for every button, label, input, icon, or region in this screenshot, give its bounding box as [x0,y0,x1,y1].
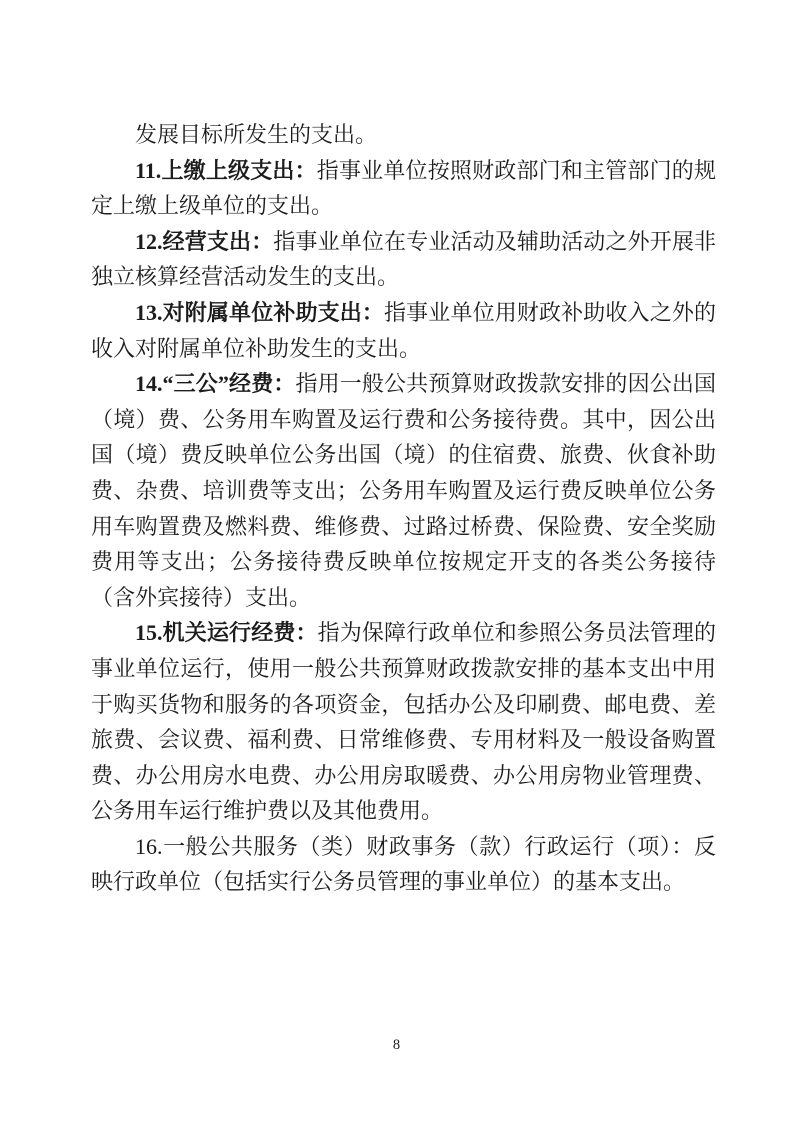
term-label: 14.“三公”经费： [135,371,295,396]
term-label: 15.机关运行经费： [135,620,318,645]
definition-item-13: 13.对附属单位补助支出：指事业单位用财政补助收入之外的收入对附属单位补助发生的… [91,295,716,366]
paragraph-continuation: 发展目标所发生的支出。 [91,117,716,153]
term-definition: 16.一般公共服务（类）财政事务（款）行政运行（项）：反映行政单位（包括实行公务… [91,834,716,895]
definition-item-14: 14.“三公”经费：指用一般公共预算财政拨款安排的因公出国（境）费、公务用车购置… [91,366,716,615]
term-definition: 指用一般公共预算财政拨款安排的因公出国（境）费、公务用车购置及运行费和公务接待费… [91,371,716,610]
definition-item-12: 12.经营支出：指事业单位在专业活动及辅助活动之外开展非独立核算经营活动发生的支… [91,224,716,295]
term-label: 13.对附属单位补助支出： [135,300,384,325]
page-number: 8 [0,1036,793,1054]
definition-item-16: 16.一般公共服务（类）财政事务（款）行政运行（项）：反映行政单位（包括实行公务… [91,829,716,900]
term-label: 12.经营支出： [135,229,273,254]
definition-item-15: 15.机关运行经费：指为保障行政单位和参照公务员法管理的事业单位运行，使用一般公… [91,615,716,829]
document-page: 发展目标所发生的支出。11.上缴上级支出：指事业单位按照财政部门和主管部门的规定… [0,0,793,1122]
definition-item-11: 11.上缴上级支出：指事业单位按照财政部门和主管部门的规定上缴上级单位的支出。 [91,153,716,224]
document-body: 发展目标所发生的支出。11.上缴上级支出：指事业单位按照财政部门和主管部门的规定… [91,117,716,900]
term-definition: 发展目标所发生的支出。 [135,122,377,147]
term-label: 11.上缴上级支出： [135,158,317,183]
term-definition: 指为保障行政单位和参照公务员法管理的事业单位运行，使用一般公共预算财政拨款安排的… [91,620,716,823]
